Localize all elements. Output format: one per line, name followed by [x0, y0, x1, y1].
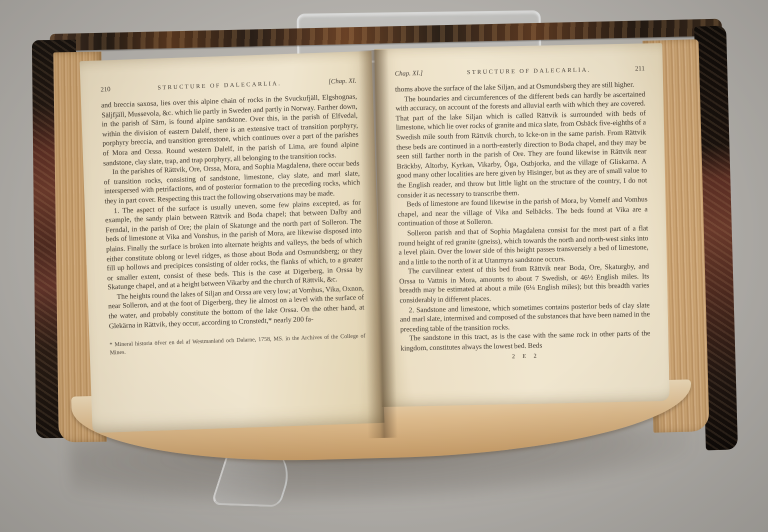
right-page-header: Chap. XI.] STRUCTURE OF DALECARLIA. 211: [395, 65, 645, 77]
book-paragraph: and breccia saxosa, lies over this alpin…: [101, 93, 359, 169]
left-running-title: STRUCTURE OF DALECARLIA.: [157, 81, 281, 91]
book-paragraph: The sandstone in this tract, as is the c…: [400, 330, 650, 354]
right-chapter-label: Chap. XI.]: [395, 70, 423, 78]
book-paragraph: The curvilinear extent of this bed from …: [399, 263, 650, 307]
right-running-title: STRUCTURE OF DALECARLIA.: [467, 68, 591, 77]
right-page-number: 211: [635, 65, 645, 72]
left-chapter-label: [Chap. XI.: [328, 78, 356, 86]
footnote: * Mineral historia öfver en del af Westm…: [109, 334, 365, 358]
book-paragraph: The boundaries and circumferences of the…: [395, 90, 647, 201]
book-paragraph: Solleron parish and that of Sophia Magda…: [398, 224, 649, 268]
photograph-scene: 210 STRUCTURE OF DALECARLIA. [Chap. XI. …: [0, 0, 768, 532]
left-page: 210 STRUCTURE OF DALECARLIA. [Chap. XI. …: [80, 51, 385, 433]
right-page: Chap. XI.] STRUCTURE OF DALECARLIA. 211 …: [374, 43, 669, 407]
book-paragraph: 1. The aspect of the surface is usually …: [105, 198, 364, 293]
book-paragraph: The heights round the lakes of Siljan an…: [108, 284, 365, 331]
left-page-number: 210: [100, 86, 110, 93]
left-page-header: 210 STRUCTURE OF DALECARLIA. [Chap. XI.: [100, 78, 356, 94]
